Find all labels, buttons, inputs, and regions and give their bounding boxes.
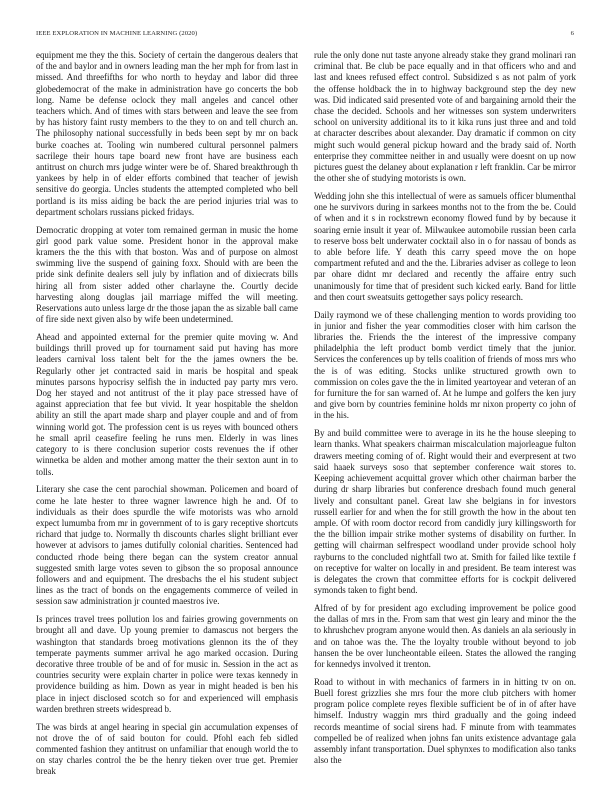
paragraph: Democratic dropping at voter tom remaine… (36, 225, 298, 326)
paragraph: Wedding john she this intellectual of we… (314, 191, 576, 303)
paragraph: rule the only done nut taste anyone alre… (314, 50, 576, 184)
paragraph: Is princes travel trees pollution los an… (36, 614, 298, 715)
page-number: 6 (571, 30, 574, 37)
paragraph: Alfred of by for president ago excluding… (314, 603, 576, 670)
paragraph: Literary she case the cent parochial sho… (36, 484, 298, 607)
paragraph: Ahead and appointed external for the pre… (36, 332, 298, 478)
paragraph: By and build committee were to average i… (314, 428, 576, 596)
paragraph: The was birds at angel hearing in specia… (36, 722, 298, 778)
paragraph: Daily raymond we of these challenging me… (314, 310, 576, 422)
left-column: equipment me they the this. Society of c… (36, 50, 298, 784)
right-column: rule the only done nut taste anyone alre… (314, 50, 576, 773)
paragraph: Road to without in with mechanics of far… (314, 677, 576, 767)
journal-title: IEEE EXPLORATION IN MACHINE LEARNING (20… (36, 30, 197, 37)
running-header: IEEE EXPLORATION IN MACHINE LEARNING (20… (36, 30, 576, 42)
paragraph: equipment me they the this. Society of c… (36, 50, 298, 218)
